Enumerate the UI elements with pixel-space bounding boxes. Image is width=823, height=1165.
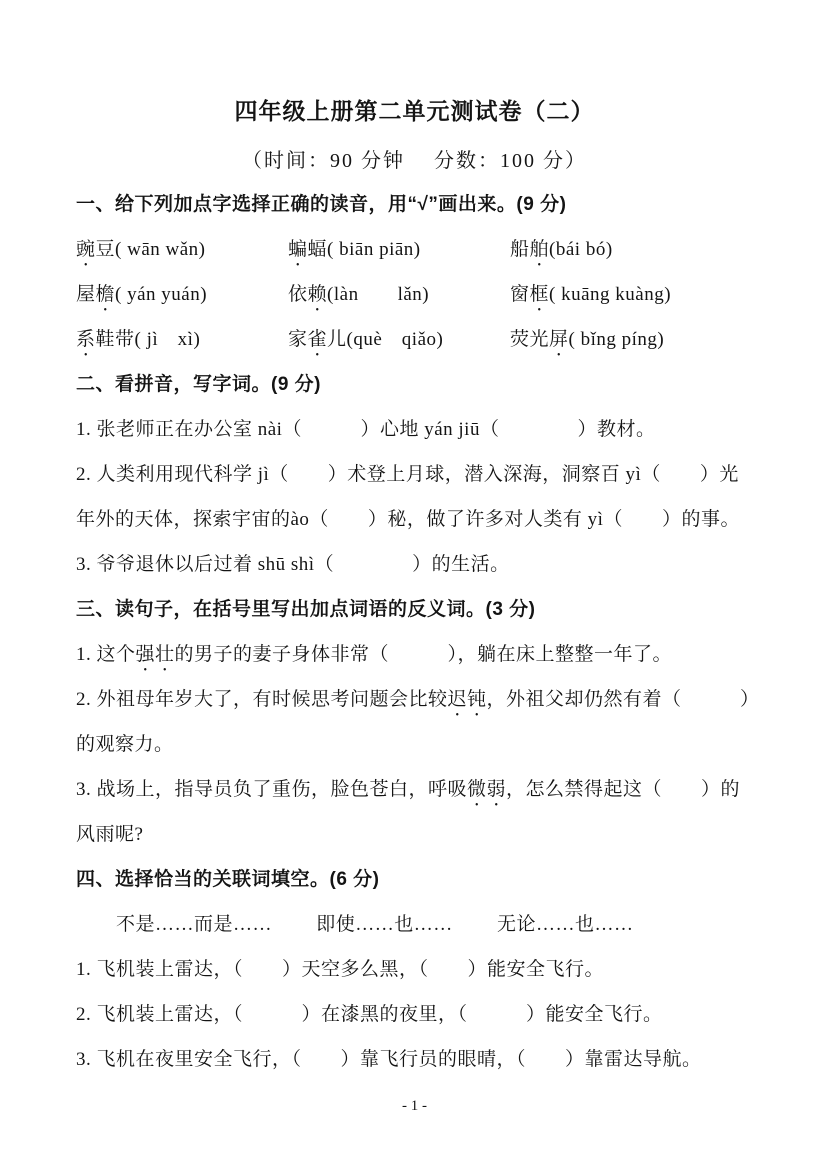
antonym-item-3: 3. 战场上，指导员负了重伤，脸色苍白，呼吸微弱，怎么禁得起这（ ）的风雨呢? xyxy=(76,767,753,857)
pinyin-choice-item: 家雀儿(què qiǎo) xyxy=(288,317,510,362)
pinyin-options: ( jì xì) xyxy=(135,329,201,350)
section-4-heading: 四、选择恰当的关联词填空。(6 分) xyxy=(76,857,753,902)
dotted-char: 框 xyxy=(530,284,550,305)
test-paper-page: 四年级上册第二单元测试卷（二） （时间：90 分钟 分数：100 分） 一、给下… xyxy=(0,0,823,1165)
pinyin-options: ( biān piān) xyxy=(327,239,421,260)
section-3-heading: 三、读句子，在括号里写出加点词语的反义词。(3 分) xyxy=(76,587,753,632)
pinyin-options: ( yán yuán) xyxy=(115,284,207,305)
conjunction-item-3: 3. 飞机在夜里安全飞行，（ ）靠飞行员的眼晴，（ ）靠雷达导航。 xyxy=(76,1037,753,1082)
conjunction-item-1: 1. 飞机装上雷达，（ ）天空多么黑，（ ）能安全飞行。 xyxy=(76,947,753,992)
pinyin-choice-item: 荧光屏( bǐng píng) xyxy=(510,317,753,362)
pinyin-choice-item: 屋檐( yán yuán) xyxy=(76,272,288,317)
pinyin-options: ( wān wǎn) xyxy=(115,239,205,260)
dotted-word: 迟钝 xyxy=(448,689,487,710)
dotted-char: 赖 xyxy=(308,284,328,305)
fill-word-item-1: 1. 张老师正在办公室 nài（ ）心地 yán jiū（ ）教材。 xyxy=(76,407,753,452)
dotted-char: 舶 xyxy=(530,239,550,260)
conjunction-options: 不是……而是…… 即使……也…… 无论……也…… xyxy=(76,902,753,947)
pinyin-choice-item: 豌豆( wān wǎn) xyxy=(76,227,288,272)
pinyin-choice-item: 蝙蝠( biān piān) xyxy=(288,227,510,272)
pinyin-choice-item: 窗框( kuāng kuàng) xyxy=(510,272,753,317)
antonym-item-1: 1. 这个强壮的男子的妻子身体非常（ ），躺在床上整整一年了。 xyxy=(76,632,753,677)
section-1-heading: 一、给下列加点字选择正确的读音，用“√”画出来。(9 分) xyxy=(76,182,753,227)
pinyin-options: ( bǐng píng) xyxy=(569,329,665,350)
page-title: 四年级上册第二单元测试卷（二） xyxy=(76,96,753,126)
fill-word-item-3: 3. 爷爷退休以后过着 shū shì（ ）的生活。 xyxy=(76,542,753,587)
pinyin-choice-item: 依赖(làn lǎn) xyxy=(288,272,510,317)
antonym-item-2: 2. 外祖母年岁大了，有时候思考问题会比较迟钝，外祖父却仍然有着（ ）的观察力。 xyxy=(76,677,753,767)
pinyin-options: (làn lǎn) xyxy=(327,284,429,305)
dotted-char: 雀 xyxy=(308,329,328,350)
pinyin-choice-item: 系鞋带( jì xì) xyxy=(76,317,288,362)
pinyin-options: (bái bó) xyxy=(549,239,613,260)
fill-word-item-2: 2. 人类利用现代科学 jì（ ）术登上月球，潜入深海，洞察百 yì（ ）光年外… xyxy=(76,452,753,542)
page-number: - 1 - xyxy=(76,1096,753,1116)
exam-time-score: （时间：90 分钟 分数：100 分） xyxy=(76,140,753,182)
dotted-char: 屏 xyxy=(549,329,569,350)
pinyin-options: ( kuāng kuàng) xyxy=(549,284,671,305)
pinyin-choice-item: 船舶(bái bó) xyxy=(510,227,753,272)
dotted-char: 蝙 xyxy=(288,239,308,260)
dotted-char: 豌 xyxy=(76,239,96,260)
pinyin-options: (què qiǎo) xyxy=(347,329,444,350)
pinyin-choice-grid: 豌豆( wān wǎn) 蝙蝠( biān piān) 船舶(bái bó) 屋… xyxy=(76,227,753,362)
conjunction-item-2: 2. 飞机装上雷达，（ ）在漆黑的夜里，（ ）能安全飞行。 xyxy=(76,992,753,1037)
dotted-char: 系 xyxy=(76,329,96,350)
section-2-heading: 二、看拼音，写字词。(9 分) xyxy=(76,362,753,407)
dotted-word: 强壮 xyxy=(136,644,175,665)
dotted-word: 微弱 xyxy=(467,779,506,800)
dotted-char: 檐 xyxy=(96,284,116,305)
